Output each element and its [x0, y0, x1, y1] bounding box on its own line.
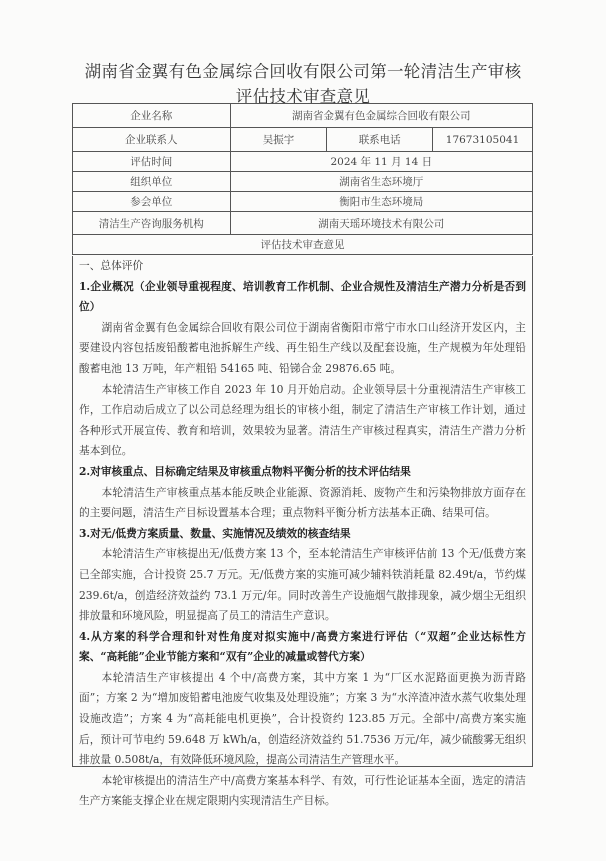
review-opinion-body: 一、总体评价 1.企业概况（企业领导重视程度、培训教育工作机制、企业合规性及清洁… [72, 256, 533, 767]
item3-paragraph1: 本轮清洁生产审核提出无/低费方案 13 个，至本轮清洁生产审核评估前 13 个无… [73, 544, 532, 626]
section-header: 评估技术审查意见 [73, 235, 533, 255]
eval-time-label: 评估时间 [73, 152, 231, 172]
info-table: 企业名称 湖南省金翼有色金属综合回收有限公司 企业联系人 吴振宇 联系电话 17… [72, 103, 533, 255]
consultant-label: 清洁生产咨询服务机构 [73, 212, 231, 235]
document-title: 湖南省金翼有色金属综合回收有限公司第一轮清洁生产审核 [0, 58, 606, 82]
table-row-contact: 企业联系人 吴振宇 联系电话 17673105041 [73, 128, 533, 152]
organizer-value: 湖南省生态环境厅 [230, 172, 532, 192]
consultant-value: 湖南天瑶环境技术有限公司 [230, 212, 532, 235]
item4-paragraph2: 本轮审核提出的清洁生产中/高费方案基本科学、有效，可行性论证基本全面，选定的清洁… [73, 771, 532, 812]
contact-value: 吴振宇 [230, 128, 327, 152]
item1-paragraph1: 湖南省金翼有色金属综合回收有限公司位于湖南省衡阳市常宁市水口山经济开发区内，主要… [73, 318, 532, 380]
phone-label: 联系电话 [327, 128, 433, 152]
item2-heading: 2.对审核重点、目标确定结果及审核重点物料平衡分析的技术评估结果 [73, 462, 532, 483]
organizer-label: 组织单位 [73, 172, 231, 192]
item4-heading: 4.从方案的科学合理和针对性角度对拟实施中/高费方案进行评估（“双超”企业达标性… [73, 627, 532, 668]
section-overall-evaluation: 一、总体评价 [73, 256, 532, 277]
item1-heading: 1.企业概况（企业领导重视程度、培训教育工作机制、企业合规性及清洁生产潜力分析是… [73, 277, 532, 318]
participant-value: 衡阳市生态环境局 [230, 192, 532, 212]
table-row-consultant: 清洁生产咨询服务机构 湖南天瑶环境技术有限公司 [73, 212, 533, 235]
eval-time-value: 2024 年 11 月 14 日 [230, 152, 532, 172]
participant-label: 参会单位 [73, 192, 231, 212]
contact-label: 企业联系人 [73, 128, 231, 152]
item3-heading: 3.对无/低费方案质量、数量、实施情况及绩效的核查结果 [73, 524, 532, 545]
table-row-company-name: 企业名称 湖南省金翼有色金属综合回收有限公司 [73, 104, 533, 128]
table-row-participant: 参会单位 衡阳市生态环境局 [73, 192, 533, 212]
table-row-organizer: 组织单位 湖南省生态环境厅 [73, 172, 533, 192]
table-row-section-header: 评估技术审查意见 [73, 235, 533, 255]
phone-value: 17673105041 [433, 128, 533, 152]
item2-paragraph1: 本轮清洁生产审核重点基本能反映企业能源、资源消耗、废物产生和污染物排放方面存在的… [73, 483, 532, 524]
table-row-eval-time: 评估时间 2024 年 11 月 14 日 [73, 152, 533, 172]
company-name-label: 企业名称 [73, 104, 231, 128]
company-name-value: 湖南省金翼有色金属综合回收有限公司 [230, 104, 532, 128]
item4-paragraph1: 本轮清洁生产审核提出 4 个中/高费方案，其中方案 1 为“厂区水泥路面更换为沥… [73, 668, 532, 771]
item1-paragraph2: 本轮清洁生产审核工作自 2023 年 10 月开始启动。企业领导层十分重视清洁生… [73, 380, 532, 462]
